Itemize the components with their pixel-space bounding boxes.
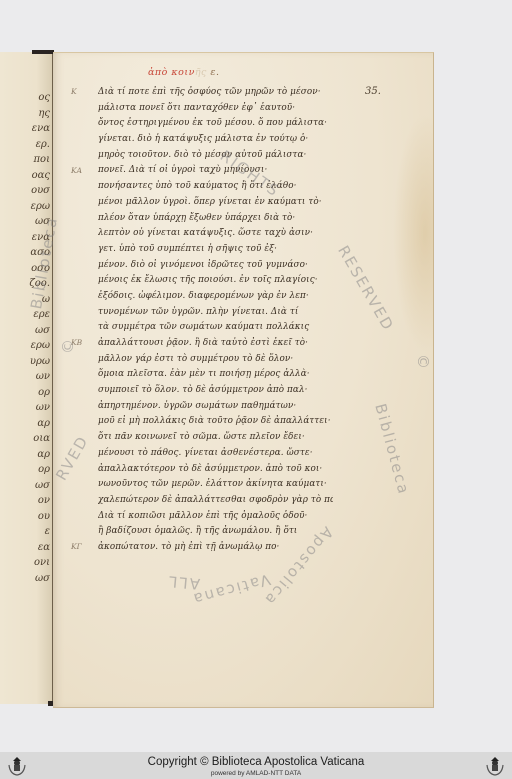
manuscript-line: μᾶλλον γάρ ἐστι τὸ συμμέτρου τὸ δὲ ὅλον·: [98, 352, 333, 368]
powered-by-text: powered by AMLAD-NTT DATA: [0, 770, 512, 777]
verso-text-fragment: οςηςεναερ.ποιοαςουσερωωσεναασοοσοζοο.ωερ…: [2, 90, 50, 586]
copyright-text: Copyright © Biblioteca Apostolica Vatica…: [0, 756, 512, 768]
binding-clip-top: [32, 50, 54, 54]
verso-line-ending: ων: [2, 400, 50, 416]
manuscript-line: ὅτι πᾶν κοινωνεῖ τὸ σῶμα. ὥστε πλεῖον ἔδ…: [98, 430, 333, 446]
manuscript-line: πλέον ὅταν ὑπάρχῃ ἔξωθεν ὑπάρχει διὰ τὸ·: [98, 211, 333, 227]
manuscript-line: ὄντος ἐστηριγμένου ἐκ τοῦ μέσου. ὅ που μ…: [98, 116, 333, 132]
verso-line-ending: ονι: [2, 555, 50, 571]
manuscript-line: μένουσι τὸ πάθος. γίνεται ἀσθενέστερα. ὥ…: [98, 446, 333, 462]
running-head: ἀπὸ κοινῆς ε.: [148, 67, 220, 78]
manuscript-line: λεπτὸν οὐ γίνεται κατάψυξις. ὥστε ταχὺ ἀ…: [98, 226, 333, 242]
manuscript-line: Διὰ τί ποτε ἐπὶ τῆς ὀσφύος τῶν μηρῶν τὸ …: [98, 85, 333, 101]
manuscript-line: μένον. διὸ οἱ γινόμενοι ἱδρῶτες τοῦ γυμν…: [98, 258, 333, 274]
manuscript-line: μοῦ εἰ μὴ πολλάκις διὰ τοῦτο ῥᾷον δὲ ἀπα…: [98, 414, 333, 430]
facing-page-verso: οςηςεναερ.ποιοαςουσερωωσεναασοοσοζοο.ωερ…: [0, 52, 53, 704]
footer-bar: Copyright © Biblioteca Apostolica Vatica…: [0, 752, 512, 779]
manuscript-line: ἐξόδοις. ὠφέλιμον. διαφερομένων γὰρ ἐν λ…: [98, 289, 333, 305]
verso-line-ending: ον: [2, 493, 50, 509]
watermark-copyright-right: ©: [414, 354, 432, 371]
verso-line-ending: ερ.: [2, 137, 50, 153]
verso-line-ending: οια: [2, 431, 50, 447]
watermark-copyright-symbol: ©: [59, 337, 77, 354]
manuscript-line: Διὰ τί κοπιῶσι μᾶλλον ἐπὶ τῆς ὁμαλοῦς ὁδ…: [98, 509, 333, 525]
running-head-red: ἀπὸ κοιν: [148, 67, 195, 78]
manuscript-line: γίνεται. διὸ ἡ κατάψυξις μάλιστα ἐν τούτ…: [98, 132, 333, 148]
manuscript-line: ἀπαλλακτότερον τὸ δὲ ἀσύμμετρον. ἀπὸ τοῦ…: [98, 462, 333, 478]
verso-line-ending: ωσ: [2, 571, 50, 587]
verso-line-ending: εα: [2, 540, 50, 556]
verso-line-ending: ερω: [2, 199, 50, 215]
verso-line-ending: υρω: [2, 354, 50, 370]
manuscript-line: ἀπαλλάττουσι ῥᾷον. ἢ διὰ ταὐτὸ ἐστὶ ἐκεῖ…: [98, 336, 333, 352]
verso-line-ending: ης: [2, 106, 50, 122]
verso-line-ending: ος: [2, 90, 50, 106]
image-viewer[interactable]: οςηςεναερ.ποιοαςουσερωωσεναασοοσοζοο.ωερ…: [0, 0, 512, 752]
manuscript-line: συμποιεῖ τὸ ὅλον. τὸ δὲ ἀσύμμετρον ἀπὸ π…: [98, 383, 333, 399]
manuscript-line: μένοι μᾶλλον ὑγροὶ. ὅπερ γίνεται ἐν καύμ…: [98, 195, 333, 211]
section-number-marker: ΚΓ: [71, 542, 82, 551]
manuscript-line: νωνοῦντος τῶν μερῶν. ἐλάττον ἀκίνητα καύ…: [98, 477, 333, 493]
manuscript-line: πονήσαντες ὑπὸ τοῦ καύματος ἢ ὅτι ἐλάθο·: [98, 179, 333, 195]
watermark-all-bottom: ALL: [166, 572, 200, 593]
papal-coat-of-arms-icon: [484, 755, 506, 777]
running-head-mark: ε.: [210, 67, 219, 78]
verso-line-ending: ορ: [2, 385, 50, 401]
manuscript-line: πονεῖ. Διὰ τί οἱ ὑγροὶ ταχὺ μηνίουσι·: [98, 163, 333, 179]
manuscript-line: τὰ συμμέτρα τῶν σωμάτων καύματι πολλάκις: [98, 320, 333, 336]
section-number-marker: ΚΑ: [71, 166, 82, 175]
page-stain: [393, 113, 433, 353]
manuscript-line: μάλιστα πονεῖ ὅτι πανταχόθεν ἐφ᾽ ἑαυτοῦ·: [98, 101, 333, 117]
manuscript-line: τυνομένων τῶν ὑγρῶν. πλὴν γίνεται. Διὰ τ…: [98, 305, 333, 321]
verso-line-ending: ενα: [2, 121, 50, 137]
verso-line-ending: ων: [2, 369, 50, 385]
verso-line-ending: ωσ: [2, 323, 50, 339]
verso-line-ending: ποι: [2, 152, 50, 168]
manuscript-line: μένοις ἐκ ἔλωσις τῆς ποιούσι. ἐν τοῖς πλ…: [98, 273, 333, 289]
running-head-faint: ῆς: [195, 67, 207, 78]
verso-line-ending: αρ: [2, 447, 50, 463]
section-number-marker: Κ: [71, 87, 77, 96]
verso-line-ending: ορ: [2, 462, 50, 478]
verso-line-ending: οας: [2, 168, 50, 184]
manuscript-line: ὅμοια πλεῖστα. ἐὰν μὲν τι ποιήσῃ μέρος ἀ…: [98, 367, 333, 383]
verso-line-ending: ωσ: [2, 478, 50, 494]
verso-line-ending: ε: [2, 524, 50, 540]
verso-line-ending: αρ: [2, 416, 50, 432]
manuscript-line: χαλεπώτερον δὲ ἀπαλλάττεσθαι σφοδρὸν γὰρ…: [98, 493, 333, 509]
manuscript-page-recto: ἀπὸ κοινῆς ε. 35. ΚΚΑΚΒΚΓ Διὰ τί ποτε ἐπ…: [53, 52, 434, 708]
folio-number: 35.: [365, 86, 381, 97]
manuscript-line: ἢ βαδίζουσι ὁμαλῶς. ἢ τῆς ἀνωμάλου. ἢ ὅτ…: [98, 524, 333, 540]
manuscript-text: Διὰ τί ποτε ἐπὶ τῆς ὀσφύος τῶν μηρῶν τὸ …: [98, 85, 333, 556]
verso-line-ending: ερω: [2, 338, 50, 354]
manuscript-line: ἀπηρτημένον. ὑγρῶν σωμάτων παθημάτων·: [98, 399, 333, 415]
manuscript-line: γετ. ὑπὸ τοῦ συμπέπτει ἡ σῆψις τοῦ ἐξ·: [98, 242, 333, 258]
verso-line-ending: ου: [2, 509, 50, 525]
verso-line-ending: ουσ: [2, 183, 50, 199]
